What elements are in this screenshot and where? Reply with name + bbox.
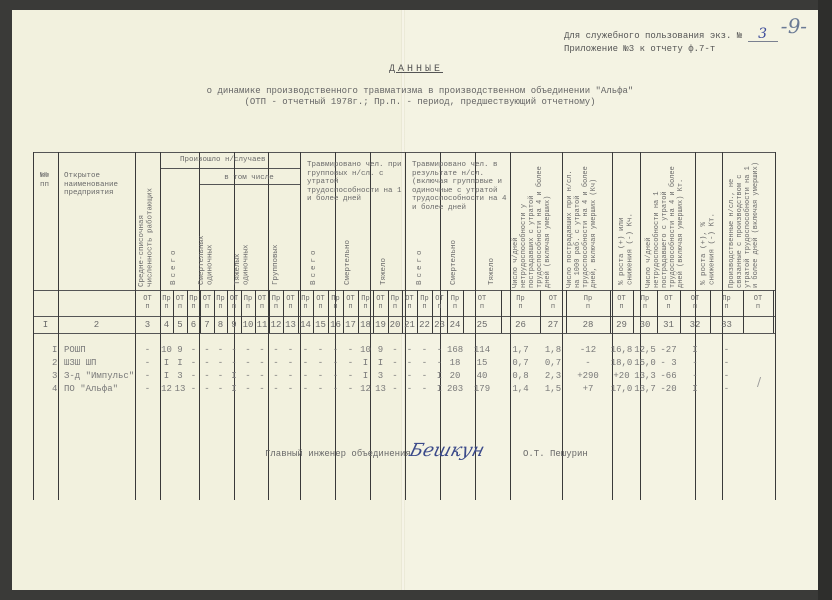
column-number: 25 bbox=[463, 320, 501, 330]
table-cell: - bbox=[680, 358, 710, 368]
table-cell: I bbox=[680, 345, 710, 355]
column-number: 19 bbox=[373, 320, 388, 330]
table-cell: - bbox=[214, 358, 227, 368]
copy-number: 3 bbox=[748, 28, 778, 42]
table-cell: - bbox=[227, 358, 241, 368]
header-injured-total-fatal: Смертельно bbox=[450, 230, 459, 285]
header-change-kt: % роста (+), % снижения (-) Кт. bbox=[700, 185, 722, 285]
table-cell: - bbox=[402, 384, 417, 394]
table-cell: - bbox=[135, 384, 160, 394]
table-cell: 13 bbox=[173, 384, 187, 394]
table-cell: - bbox=[402, 358, 417, 368]
header-injured-total-total: Всего bbox=[416, 245, 425, 285]
header-injured-group: Травмировано чел. при групповых н/сл. с … bbox=[307, 161, 407, 204]
table-cell: - bbox=[187, 384, 200, 394]
table-cell: -12 bbox=[566, 345, 610, 355]
table-cell: I bbox=[358, 371, 373, 381]
enterprise-name: З-д "Импульс" bbox=[64, 371, 134, 381]
sub-period-label: ОТ п bbox=[174, 296, 186, 311]
table-cell: - bbox=[200, 345, 214, 355]
sub-period-label: Пр п bbox=[359, 296, 372, 311]
column-number: 11 bbox=[255, 320, 269, 330]
table-cell: - bbox=[313, 371, 328, 381]
table-cell: - bbox=[255, 345, 269, 355]
sub-period-label: ОТ п bbox=[464, 296, 500, 311]
table-cell: I bbox=[160, 358, 173, 368]
subtitle-line-2: (ОТП - отчетный 1978г.; Пр.п. - период, … bbox=[170, 97, 670, 108]
pencil-mark: / bbox=[757, 375, 761, 389]
header-num: №№ пп bbox=[40, 172, 56, 189]
row-number: 3 bbox=[52, 371, 57, 381]
column-number: 21 bbox=[402, 320, 417, 330]
table-cell: 17,0 bbox=[610, 384, 633, 394]
sub-period-label: ОТ п bbox=[284, 296, 297, 311]
table-cell: 3 bbox=[173, 371, 187, 381]
column-number: 15 bbox=[313, 320, 328, 330]
table-cell: - bbox=[343, 358, 358, 368]
column-number: 10 bbox=[241, 320, 255, 330]
sub-period-label: Пр п bbox=[502, 296, 539, 311]
table-cell: I bbox=[358, 358, 373, 368]
sub-period-label: ОТ п bbox=[136, 296, 159, 311]
table-cell: 10 bbox=[358, 345, 373, 355]
table-cell: 12 bbox=[358, 384, 373, 394]
header-note: Для служебного пользования экз. № 3 Прил… bbox=[564, 28, 778, 56]
table-cell: - bbox=[388, 358, 402, 368]
table-cell: 0,7 bbox=[540, 358, 566, 368]
table-cell: - bbox=[402, 371, 417, 381]
table-cell: - bbox=[313, 345, 328, 355]
table-cell: - bbox=[269, 358, 283, 368]
column-number: 13 bbox=[283, 320, 298, 330]
column-number: 12 bbox=[269, 320, 283, 330]
sub-period-label: ОТ п bbox=[403, 296, 416, 311]
sub-period-label: Пр п bbox=[242, 296, 254, 311]
column-number: 6 bbox=[187, 320, 200, 330]
header-group: Групповых bbox=[272, 235, 281, 285]
table-cell: - bbox=[255, 371, 269, 381]
table-cell: 1,4 bbox=[501, 384, 540, 394]
table-cell: 1,7 bbox=[501, 345, 540, 355]
table-cell: - bbox=[388, 345, 402, 355]
column-number: 23 bbox=[432, 320, 447, 330]
table-cell: I bbox=[173, 358, 187, 368]
table-cell: - bbox=[680, 371, 710, 381]
sub-period-label: ОТ п bbox=[201, 296, 213, 311]
table-cell: - bbox=[432, 345, 447, 355]
table-cell: - bbox=[417, 345, 432, 355]
sub-period-label: ОТ п bbox=[681, 296, 709, 311]
table-cell: 2,3 bbox=[540, 371, 566, 381]
table-cell: - bbox=[710, 345, 743, 355]
table-cell: - bbox=[388, 384, 402, 394]
sub-period-label: Пр п bbox=[329, 296, 342, 311]
table-cell: - bbox=[388, 371, 402, 381]
table-cell: - bbox=[328, 345, 343, 355]
sub-period-label: ОТ п bbox=[228, 296, 240, 311]
enterprise-name: ШЗШ ШП bbox=[64, 358, 96, 368]
sub-period-label: ОТ п bbox=[658, 296, 679, 311]
column-number: 26 bbox=[501, 320, 540, 330]
header-per-1000: Число пострадавших при н/сл. на 1000 раб… bbox=[566, 160, 612, 288]
table-cell: - bbox=[200, 371, 214, 381]
table-cell: - bbox=[283, 371, 298, 381]
table-cell: 1,5 bbox=[540, 384, 566, 394]
row-number: I bbox=[52, 345, 57, 355]
table-cell: - bbox=[343, 384, 358, 394]
header-fatal-single: Смертельных одиночных bbox=[198, 200, 215, 285]
signature: Бешкун bbox=[407, 440, 487, 461]
table-cell: - bbox=[241, 371, 255, 381]
table-cell: - bbox=[298, 345, 313, 355]
table-cell: - bbox=[283, 345, 298, 355]
column-number: 27 bbox=[540, 320, 566, 330]
column-number: 9 bbox=[227, 320, 241, 330]
table-cell: - bbox=[269, 384, 283, 394]
header-accidents-total: Всего bbox=[170, 240, 179, 285]
header-accidents: Произошло н/случаев bbox=[180, 156, 300, 165]
table-cell: - bbox=[187, 371, 200, 381]
table-cell: - bbox=[417, 371, 432, 381]
header-name: Открытое наименование предприятия bbox=[64, 172, 134, 198]
table-cell: - bbox=[283, 358, 298, 368]
table-cell: +7 bbox=[566, 384, 610, 394]
table-cell: - bbox=[187, 345, 200, 355]
table-cell: - bbox=[298, 384, 313, 394]
column-number: 5 bbox=[173, 320, 187, 330]
table-cell: 15,0 bbox=[633, 358, 657, 368]
table-cell: 114 bbox=[463, 345, 501, 355]
table-cell: - bbox=[200, 358, 214, 368]
table-cell: - 3 bbox=[657, 358, 680, 368]
sub-period-label: ОТ п bbox=[433, 296, 446, 311]
column-number: 4 bbox=[160, 320, 173, 330]
column-number: 29 bbox=[610, 320, 633, 330]
header-injured-group-fatal: Смертельно bbox=[344, 230, 353, 285]
table-cell: -27 bbox=[657, 345, 680, 355]
sub-period-label: Пр п bbox=[215, 296, 226, 311]
table-cell: 13 bbox=[373, 384, 388, 394]
table-cell: 9 bbox=[373, 345, 388, 355]
table-cell: - bbox=[135, 371, 160, 381]
sub-period-label: Пр п bbox=[418, 296, 431, 311]
sub-period-label: ОТ п bbox=[344, 296, 357, 311]
table-cell: 1,8 bbox=[540, 345, 566, 355]
header-severe-single: Тяжелых одиночных bbox=[234, 220, 251, 285]
header-injured-total: Травмировано чел. в результате н/сл. (вк… bbox=[412, 161, 512, 212]
table-cell: - bbox=[269, 345, 283, 355]
table-cell: - bbox=[710, 371, 743, 381]
table-cell: - bbox=[241, 358, 255, 368]
sub-period-label: Пр п bbox=[389, 296, 401, 311]
column-number: 8 bbox=[214, 320, 227, 330]
table-cell: - bbox=[328, 384, 343, 394]
sub-period-label: Пр п bbox=[270, 296, 282, 311]
table-cell: - bbox=[214, 371, 227, 381]
classification-label: Для служебного пользования экз. № bbox=[564, 31, 742, 41]
table-cell: - bbox=[710, 384, 743, 394]
table-cell: -66 bbox=[657, 371, 680, 381]
table-cell: - bbox=[417, 384, 432, 394]
row-number: 4 bbox=[52, 384, 57, 394]
page-number: -9- bbox=[779, 14, 809, 38]
sub-period-label: ОТ п bbox=[611, 296, 632, 311]
table-cell: I bbox=[432, 384, 447, 394]
column-number: I bbox=[33, 320, 58, 330]
header-investigated: Производственные н/сл., не связанные с п… bbox=[728, 160, 774, 288]
table-cell: - bbox=[241, 384, 255, 394]
table-cell: 168 bbox=[447, 345, 463, 355]
column-number: 3 bbox=[135, 320, 160, 330]
table-cell: - bbox=[227, 345, 241, 355]
column-number: 2 bbox=[58, 320, 135, 330]
table-cell: I bbox=[227, 384, 241, 394]
header-including: в том числе bbox=[214, 174, 284, 183]
sub-period-label: ОТ п bbox=[541, 296, 565, 311]
table-cell: - bbox=[343, 345, 358, 355]
table-cell: 0,8 bbox=[501, 371, 540, 381]
table-cell: - bbox=[432, 358, 447, 368]
column-number: 28 bbox=[566, 320, 610, 330]
column-number: 17 bbox=[343, 320, 358, 330]
header-avg-workers: Средне-списочная численность работающих bbox=[138, 172, 155, 287]
column-number: 16 bbox=[328, 320, 343, 330]
document-title: ДАННЫЕ bbox=[0, 64, 832, 75]
column-number: 24 bbox=[447, 320, 463, 330]
header-days-lost: Число ч/дней нетрудоспособности у постра… bbox=[512, 160, 562, 288]
enterprise-name: ПО "Альфа" bbox=[64, 384, 118, 394]
header-days-per-victim: Число ч/дней нетрудоспособности на 1 пос… bbox=[645, 160, 695, 288]
table-cell: - bbox=[298, 371, 313, 381]
table-cell: - bbox=[417, 358, 432, 368]
table-cell: 0,7 bbox=[501, 358, 540, 368]
column-number: 32 bbox=[680, 320, 710, 330]
table-cell: 15 bbox=[463, 358, 501, 368]
table-cell: I bbox=[160, 371, 173, 381]
column-number: 33 bbox=[710, 320, 743, 330]
sub-period-label: Пр п bbox=[299, 296, 312, 311]
sub-period-label: Пр п bbox=[448, 296, 462, 311]
table-cell: 203 bbox=[447, 384, 463, 394]
attachment-label: Приложение №3 к отчету ф.7-т bbox=[564, 44, 715, 54]
table-cell: - bbox=[313, 384, 328, 394]
table-cell: - bbox=[710, 358, 743, 368]
table-cell: 16,8 bbox=[610, 345, 633, 355]
table-cell: 12,5 bbox=[633, 345, 657, 355]
sub-period-label: ОТ п bbox=[744, 296, 772, 311]
table-cell: 13,7 bbox=[633, 384, 657, 394]
table-cell: - bbox=[343, 371, 358, 381]
table-cell: -20 bbox=[657, 384, 680, 394]
table-cell: 3 bbox=[373, 371, 388, 381]
table-cell: - bbox=[187, 358, 200, 368]
header-injured-total-severe: Тяжело bbox=[488, 245, 497, 285]
table-cell: - bbox=[214, 345, 227, 355]
sub-period-label: Пр п bbox=[634, 296, 656, 311]
table-cell: I bbox=[432, 371, 447, 381]
table-cell: - bbox=[328, 371, 343, 381]
table-cell: - bbox=[135, 358, 160, 368]
scan-edge bbox=[818, 0, 832, 600]
column-number: 31 bbox=[657, 320, 680, 330]
header-injured-group-total: Всего bbox=[310, 245, 319, 285]
signatory-title: Главный инженер объединения bbox=[265, 449, 411, 459]
sub-period-label: ОТ п bbox=[256, 296, 268, 311]
table-cell: - bbox=[214, 384, 227, 394]
table-cell: - bbox=[283, 384, 298, 394]
table-cell: I bbox=[680, 384, 710, 394]
sub-period-label: ОТ п bbox=[374, 296, 387, 311]
table-cell: 179 bbox=[463, 384, 501, 394]
table-cell: - bbox=[402, 345, 417, 355]
table-cell: 20 bbox=[447, 371, 463, 381]
table-cell: 12 bbox=[160, 384, 173, 394]
sub-period-label: Пр п bbox=[161, 296, 172, 311]
column-number: 18 bbox=[358, 320, 373, 330]
enterprise-name: РОШП bbox=[64, 345, 86, 355]
table-cell: +20 bbox=[610, 371, 633, 381]
table-cell: 40 bbox=[463, 371, 501, 381]
table-cell: - bbox=[313, 358, 328, 368]
table-cell: 18,0 bbox=[610, 358, 633, 368]
subtitle-line-1: о динамике производственного травматизма… bbox=[170, 86, 670, 97]
table-cell: I bbox=[373, 358, 388, 368]
signatory-name: О.Т. Пешурин bbox=[523, 449, 588, 459]
column-number: 14 bbox=[298, 320, 313, 330]
column-number: 7 bbox=[200, 320, 214, 330]
header-injured-group-severe: Тяжело bbox=[380, 245, 389, 285]
table-cell: - bbox=[255, 358, 269, 368]
table-cell: 18 bbox=[447, 358, 463, 368]
sub-period-label: Пр п bbox=[567, 296, 609, 311]
table-cell: - bbox=[255, 384, 269, 394]
sub-period-label: Пр п bbox=[711, 296, 742, 311]
table-cell: - bbox=[298, 358, 313, 368]
header-change-kch: % роста (+) или снижения (-) Кч. bbox=[618, 185, 640, 285]
table-cell: +290 bbox=[566, 371, 610, 381]
column-number: 22 bbox=[417, 320, 432, 330]
table-cell: 9 bbox=[173, 345, 187, 355]
table-cell: - bbox=[241, 345, 255, 355]
sub-period-label: ОТ п bbox=[314, 296, 327, 311]
table-cell: - bbox=[135, 345, 160, 355]
table-cell: - bbox=[200, 384, 214, 394]
table-cell: 13,3 bbox=[633, 371, 657, 381]
table-cell: I bbox=[227, 371, 241, 381]
sub-period-label: Пр п bbox=[188, 296, 199, 311]
column-number: 30 bbox=[633, 320, 657, 330]
table-cell: - bbox=[566, 358, 610, 368]
table-cell: - bbox=[269, 371, 283, 381]
document-subtitle: о динамике производственного травматизма… bbox=[170, 86, 670, 108]
table-cell: - bbox=[328, 358, 343, 368]
column-number: 20 bbox=[388, 320, 402, 330]
table-cell: 10 bbox=[160, 345, 173, 355]
row-number: 2 bbox=[52, 358, 57, 368]
